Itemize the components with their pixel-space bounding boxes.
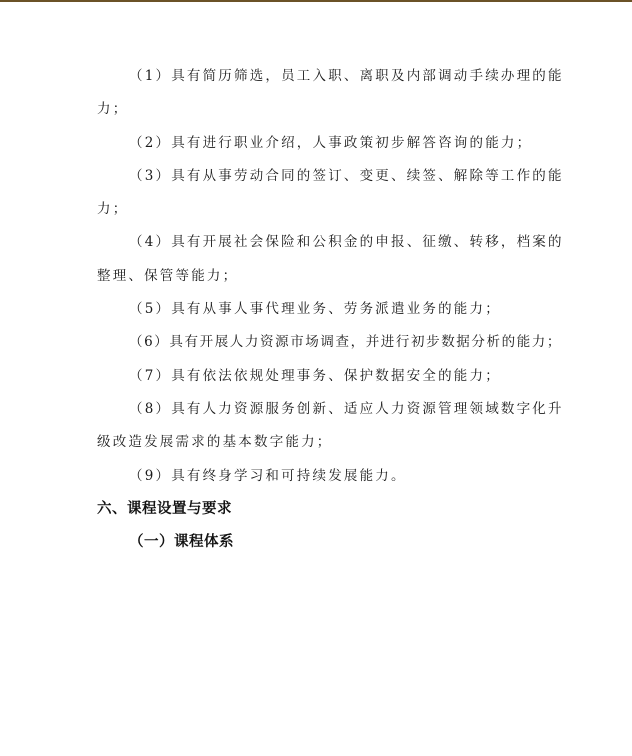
ability-item-2: （2）具有进行职业介绍，人事政策初步解答咨询的能力； xyxy=(97,131,539,164)
ability-item-4-continued: 整理、保管等能力； xyxy=(97,264,539,297)
ability-item-4: （4）具有开展社会保险和公积金的申报、征缴、转移，档案的 xyxy=(97,230,539,263)
ability-item-6: （6）具有开展人力资源市场调查，并进行初步数据分析的能力； xyxy=(97,330,539,363)
ability-item-9: （9）具有终身学习和可持续发展能力。 xyxy=(97,464,539,497)
top-rule-divider xyxy=(0,0,632,2)
document-page: （1）具有简历筛选，员工入职、离职及内部调动手续办理的能 力； （2）具有进行职… xyxy=(97,64,539,563)
ability-item-8-continued: 级改造发展需求的基本数字能力； xyxy=(97,430,539,463)
ability-item-7: （7）具有依法依规处理事务、保护数据安全的能力； xyxy=(97,364,539,397)
ability-item-3: （3）具有从事劳动合同的签订、变更、续签、解除等工作的能 xyxy=(97,164,539,197)
ability-item-1: （1）具有简历筛选，员工入职、离职及内部调动手续办理的能 xyxy=(97,64,539,97)
ability-item-1-continued: 力； xyxy=(97,97,539,130)
subsection-heading: （一）课程体系 xyxy=(97,530,539,563)
ability-item-5: （5）具有从事人事代理业务、劳务派遣业务的能力； xyxy=(97,297,539,330)
section-heading: 六、课程设置与要求 xyxy=(97,497,539,530)
ability-item-3-continued: 力； xyxy=(97,197,539,230)
ability-item-8: （8）具有人力资源服务创新、适应人力资源管理领域数字化升 xyxy=(97,397,539,430)
